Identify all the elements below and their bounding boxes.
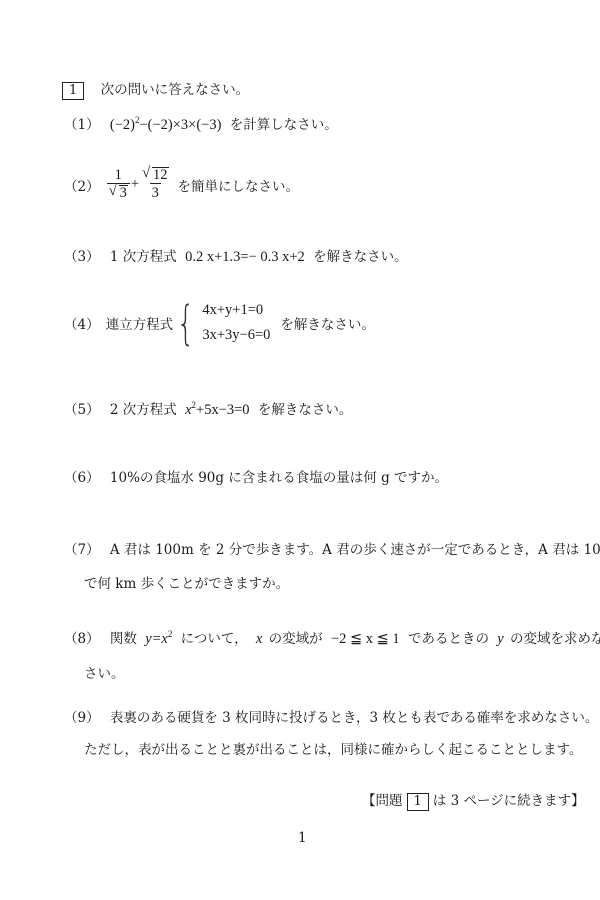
question-prefix: 連立方程式 (106, 313, 174, 333)
question-prefix: 1 次方程式 (110, 249, 177, 265)
question-5: （5） 2 次方程式 x2+5x−3=0 を解きなさい。 (64, 398, 352, 419)
question-label: （2） (64, 175, 100, 195)
question-text: を解きなさい。 (313, 249, 408, 265)
question-label: （4） (64, 313, 100, 333)
question-text-line2: で何 km 歩くことができますか。 (64, 572, 600, 592)
expression: 0.2 x+1.3=− 0.3 x+2 (185, 249, 305, 265)
brace-icon: { (177, 300, 195, 346)
question-label: （5） (64, 398, 100, 418)
question-text: を解きなさい。 (280, 313, 375, 333)
question-label: （7） (64, 538, 100, 558)
question-text: を計算しなさい。 (230, 117, 338, 133)
section-header: 1 次の問いに答えなさい。 (62, 78, 249, 100)
question-text-line1: A 君は 100m を 2 分で歩きます。A 君の歩く速さが一定であるとき，A … (110, 542, 600, 558)
question-2: （2） 1 √3 + √12 3 を簡単にしなさい。 (64, 167, 299, 202)
equation-system: { 4x+y+1=0 3x+3y−6=0 (173, 300, 270, 346)
continue-notice: 【問題1は 3 ページに続きます】 (362, 789, 585, 811)
question-label: （3） (64, 245, 100, 265)
question-7: （7） A 君は 100m を 2 分で歩きます。A 君の歩く速さが一定であると… (64, 538, 600, 592)
question-text-line2: さい。 (64, 662, 600, 682)
question-label: （9） (64, 706, 100, 726)
question-6: （6） 10%の食塩水 90g に含まれる食塩の量は何 g ですか。 (64, 466, 448, 486)
question-3: （3） 1 次方程式 0.2 x+1.3=− 0.3 x+2 を解きなさい。 (64, 245, 408, 266)
problem-number-box: 1 (407, 793, 429, 811)
question-prefix: 2 次方程式 (110, 402, 177, 418)
question-text-line1: 表裏のある硬貨を 3 枚同時に投げるとき，3 枚とも表である確率を求めなさい。 (110, 710, 599, 726)
question-1: （1） (−2)2−(−2)×3×(−3) を計算しなさい。 (64, 113, 338, 134)
question-9: （9） 表裏のある硬貨を 3 枚同時に投げるとき，3 枚とも表である確率を求めな… (64, 706, 598, 758)
question-text: 10%の食塩水 90g に含まれる食塩の量は何 g ですか。 (110, 470, 448, 486)
expression: (−2)2−(−2)×3×(−3) (110, 117, 222, 133)
problem-number-box: 1 (62, 82, 84, 100)
question-label: （1） (64, 113, 100, 133)
equation-1: 4x+y+1=0 (202, 302, 270, 319)
question-text-line2: ただし，表が出ることと裏が出ることは，同様に確からしく起こることとします。 (64, 738, 598, 758)
question-4: （4） 連立方程式 { 4x+y+1=0 3x+3y−6=0 を解きなさい。 (64, 300, 375, 346)
question-text: を解きなさい。 (258, 402, 353, 418)
expression: 1 √3 + √12 3 (106, 167, 172, 202)
instruction-text: 次の問いに答えなさい。 (101, 82, 250, 98)
function-expression: y=x2 (145, 631, 172, 647)
range-expression: −2 ≦ x ≦ 1 (331, 631, 400, 647)
question-text: を簡単にしなさい。 (178, 175, 300, 195)
page-number: 1 (298, 830, 307, 846)
equation-2: 3x+3y−6=0 (202, 327, 270, 344)
question-8: （8） 関数 y=x2 について， x の変域が −2 ≦ x ≦ 1 であると… (64, 627, 600, 682)
question-label: （6） (64, 466, 100, 486)
question-label: （8） (64, 627, 100, 647)
expression: x2+5x−3=0 (185, 402, 249, 418)
